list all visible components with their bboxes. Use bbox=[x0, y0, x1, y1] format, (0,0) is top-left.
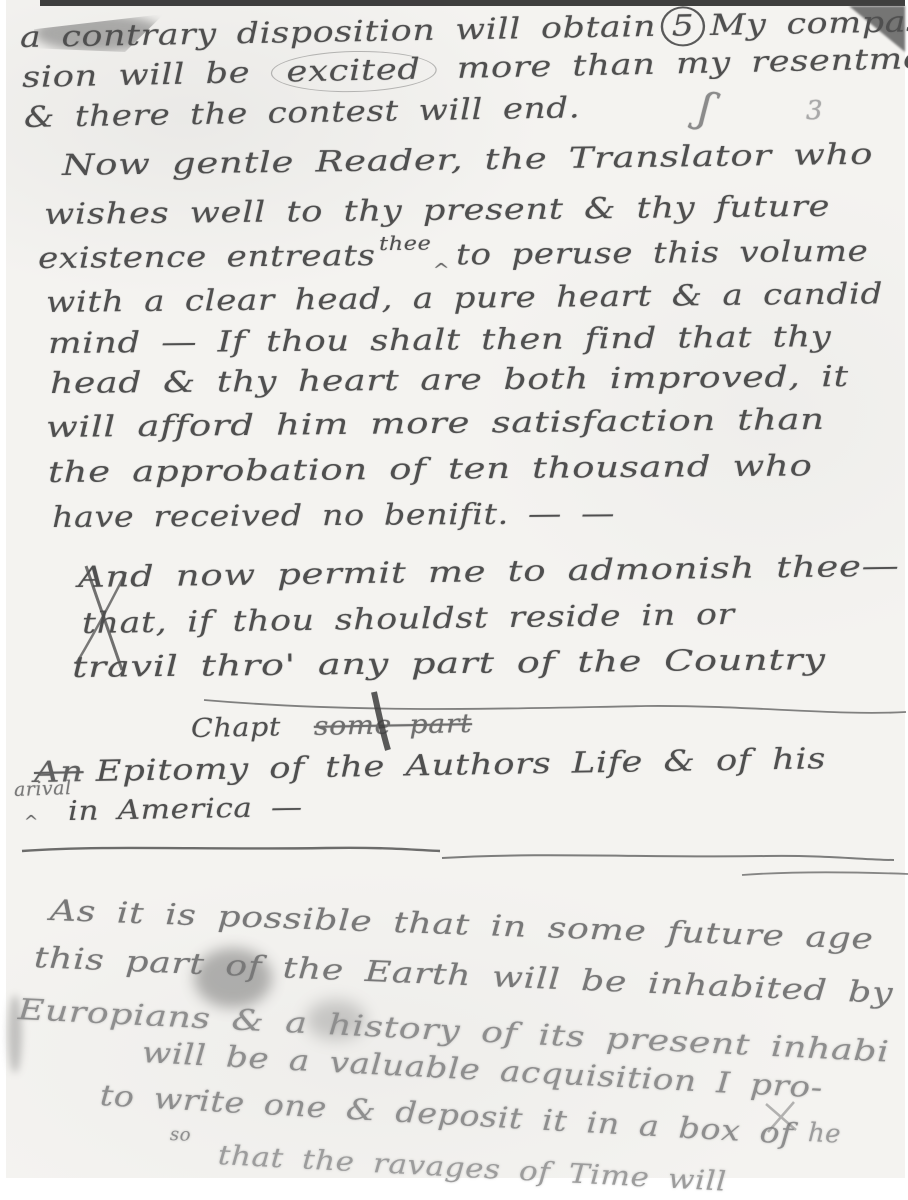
manuscript-line: the approbation of ten thousand who bbox=[48, 448, 813, 489]
manuscript-line: have received no benifit. — — bbox=[52, 496, 615, 534]
manuscript-line: Now gentle Reader, the Translator who bbox=[62, 137, 874, 182]
marginal-word: arival bbox=[14, 777, 72, 801]
inserted-word: so bbox=[170, 1124, 192, 1146]
manuscript-line: will afford him more satisfaction than bbox=[46, 402, 825, 444]
manuscript-line: with a clear head, a pure heart & a cand… bbox=[46, 276, 883, 319]
manuscript-line: that the ravages of Time will bbox=[217, 1140, 727, 1198]
line-text: more than my resentment bbox=[456, 40, 908, 85]
circled-number: 5 bbox=[661, 6, 706, 47]
scanned-manuscript-screenshot: { "colors": { "ink": "#4f4f4f", "ink_fad… bbox=[0, 0, 908, 1200]
chapter-heading-line: Chaptsome part bbox=[191, 709, 473, 744]
line-text: to peruse this volume bbox=[456, 234, 869, 272]
page-number: 3 bbox=[806, 96, 823, 126]
caret-mark: ^ bbox=[24, 812, 39, 832]
caret-mark: ^ bbox=[433, 260, 451, 280]
manuscript-line: wishes well to thy present & thy future bbox=[44, 189, 830, 231]
manuscript-line: existence entreatsthee^to peruse this vo… bbox=[38, 234, 869, 275]
manuscript-line: mind — If thou shalt then find that thy bbox=[48, 319, 832, 360]
inserted-word: thee bbox=[379, 233, 432, 255]
manuscript-line: And now permit me to admonish thee— bbox=[78, 549, 900, 594]
chapter-heading-line: AnEpitomy of the Authors Life & of his bbox=[34, 741, 827, 789]
scan-top-edge bbox=[40, 0, 905, 6]
pen-flourish: ʃ bbox=[695, 83, 717, 133]
manuscript-line: travil thro' any part of the Country bbox=[72, 642, 826, 684]
line-text: Chapt bbox=[191, 712, 281, 744]
manuscript-line: & there the contest will end. bbox=[24, 90, 581, 134]
faded-word: he bbox=[807, 1118, 842, 1150]
chapter-heading-line: in America — bbox=[68, 792, 303, 827]
divider-stroke bbox=[742, 872, 908, 875]
manuscript-page: a contrary disposition will obtain5My co… bbox=[6, 0, 905, 1178]
line-text: sion will be bbox=[22, 55, 251, 94]
manuscript-line: head & thy heart are both improved, it bbox=[50, 359, 849, 400]
circled-word: excited bbox=[270, 49, 437, 93]
divider-stroke bbox=[442, 855, 894, 860]
manuscript-line: that, if thou shouldst reside in or bbox=[82, 597, 735, 640]
line-text: Epitomy of the Authors Life & of his bbox=[95, 741, 826, 788]
line-text: a contrary disposition will obtain bbox=[20, 9, 657, 54]
line-text: existence entreats bbox=[38, 238, 376, 275]
line-text: My compas- bbox=[710, 4, 908, 42]
divider-stroke bbox=[22, 848, 440, 851]
struck-words: some part bbox=[314, 709, 473, 742]
